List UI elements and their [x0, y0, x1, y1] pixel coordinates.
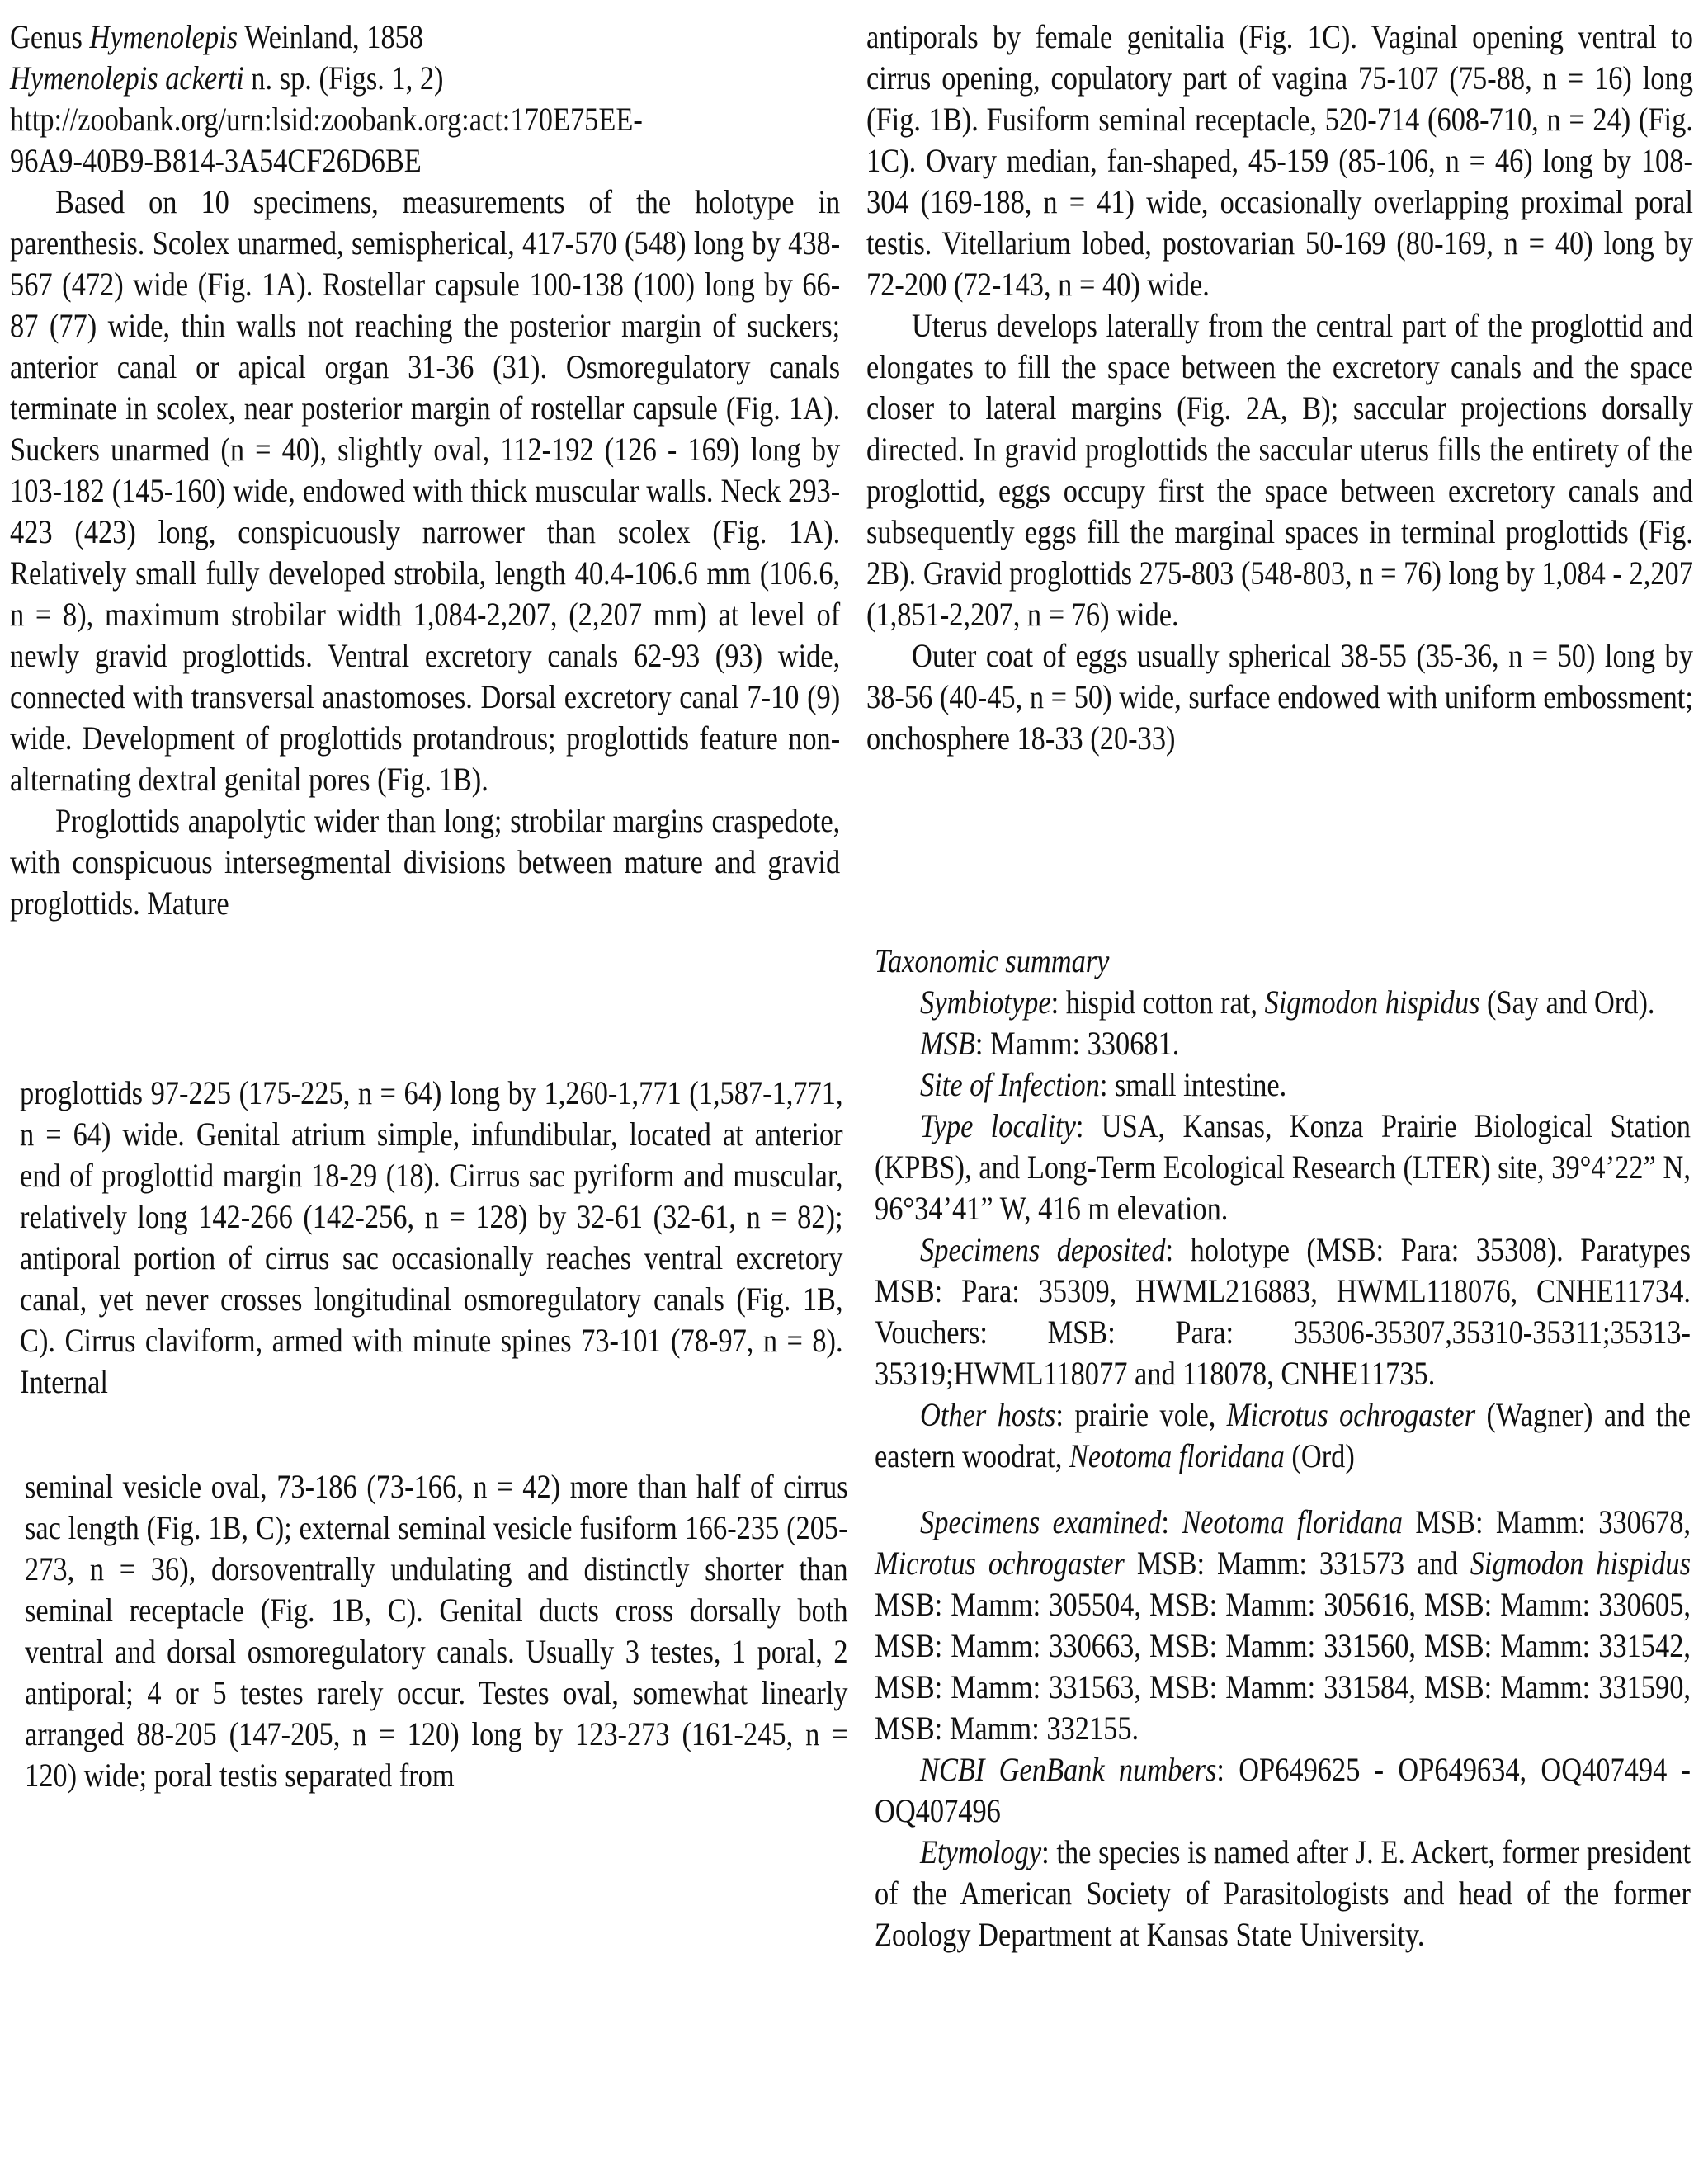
- description-paragraph-2: Proglottids anapolytic wider than long; …: [10, 800, 840, 924]
- specimens-examined-label: Specimens examined: [920, 1503, 1161, 1540]
- species-heading: Hymenolepis ackerti n. sp. (Figs. 1, 2): [10, 58, 840, 99]
- other-hosts-text-3: (Ord): [1285, 1437, 1355, 1474]
- symbiotype-text: : hispid cotton rat,: [1051, 984, 1265, 1021]
- other-hosts-entry: Other hosts: prairie vole, Microtus ochr…: [875, 1394, 1691, 1477]
- left-column-block-1: Genus Hymenolepis Weinland, 1858 Hymenol…: [10, 17, 975, 924]
- genus-author: Weinland, 1858: [238, 18, 423, 55]
- other-hosts-text: : prairie vole,: [1055, 1396, 1226, 1433]
- genus-name: Hymenolepis: [90, 18, 238, 55]
- genus-prefix: Genus: [10, 18, 90, 55]
- msb-label: MSB: [920, 1025, 975, 1062]
- symbiotype-entry: Symbiotype: hispid cotton rat, Sigmodon …: [875, 982, 1691, 1023]
- species-figs: n. sp. (Figs. 1, 2): [244, 59, 444, 97]
- genbank-label: NCBI GenBank numbers: [920, 1751, 1216, 1788]
- heading-text: Taxonomic summary: [875, 942, 1109, 979]
- uterus-paragraph: Uterus develops laterally from the centr…: [866, 305, 1693, 635]
- taxonomic-summary-heading: Taxonomic summary: [875, 941, 1691, 982]
- specimens-examined-entry: Specimens examined: Neotoma floridana MS…: [875, 1502, 1691, 1749]
- other-hosts-species-1: Microtus ochrogaster: [1227, 1396, 1475, 1433]
- specimens-examined-species-2: Microtus ochrogaster: [875, 1545, 1125, 1582]
- specimens-deposited-entry: Specimens deposited: holotype (MSB: Para…: [875, 1229, 1691, 1394]
- type-locality-label: Type locality: [920, 1107, 1076, 1144]
- specimens-examined-species-3: Sigmodon hispidus: [1470, 1545, 1691, 1582]
- site-label: Site of Infection: [920, 1066, 1100, 1103]
- right-column: antiporals by female genitalia (Fig. 1C)…: [866, 17, 1708, 759]
- specimens-examined-text-1: MSB: Mamm: 330678,: [1403, 1503, 1691, 1540]
- etymology-entry: Etymology: the species is named after J.…: [875, 1832, 1691, 1955]
- msb-entry: MSB: Mamm: 330681.: [875, 1023, 1691, 1064]
- site-entry: Site of Infection: small intestine.: [875, 1064, 1691, 1106]
- description-paragraph-4: seminal vesicle oval, 73-186 (73-166, n …: [25, 1466, 848, 1796]
- description-paragraph-1: Based on 10 specimens, measurements of t…: [10, 182, 840, 800]
- zoobank-link-line2[interactable]: 96A9-40B9-B814-3A54CF26D6BE: [10, 140, 840, 182]
- other-hosts-label: Other hosts: [920, 1396, 1055, 1433]
- species-name: Hymenolepis ackerti: [10, 59, 244, 97]
- eggs-paragraph: Outer coat of eggs usually spherical 38-…: [866, 635, 1693, 759]
- specimens-examined-text-2: MSB: Mamm: 331573 and: [1125, 1545, 1470, 1582]
- symbiotype-species: Sigmodon hispidus: [1265, 984, 1480, 1021]
- genus-heading: Genus Hymenolepis Weinland, 1858: [10, 17, 840, 58]
- left-column-block-3: seminal vesicle oval, 73-186 (73-166, n …: [25, 1466, 982, 1796]
- symbiotype-authority: (Say and Ord).: [1479, 984, 1654, 1021]
- specimens-examined-colon: :: [1161, 1503, 1182, 1540]
- other-hosts-species-2: Neotoma floridana: [1069, 1437, 1285, 1474]
- etymology-label: Etymology: [920, 1833, 1041, 1870]
- genbank-entry: NCBI GenBank numbers: OP649625 - OP64963…: [875, 1749, 1691, 1832]
- type-locality-entry: Type locality: USA, Kansas, Konza Prairi…: [875, 1106, 1691, 1229]
- taxonomic-summary: Taxonomic summary Symbiotype: hispid cot…: [875, 941, 1708, 1955]
- site-text: : small intestine.: [1100, 1066, 1286, 1103]
- description-paragraph-5: antiporals by female genitalia (Fig. 1C)…: [866, 17, 1693, 305]
- specimens-examined-species-1: Neotoma floridana: [1182, 1503, 1403, 1540]
- left-column-block-2: proglottids 97-225 (175-225, n = 64) lon…: [20, 1073, 977, 1403]
- zoobank-link-line1[interactable]: http://zoobank.org/urn:lsid:zoobank.org:…: [10, 99, 840, 140]
- symbiotype-label: Symbiotype: [920, 984, 1051, 1021]
- msb-text: : Mamm: 330681.: [975, 1025, 1179, 1062]
- specimens-examined-text-3: MSB: Mamm: 305504, MSB: Mamm: 305616, MS…: [875, 1586, 1691, 1747]
- description-paragraph-3: proglottids 97-225 (175-225, n = 64) lon…: [20, 1073, 843, 1403]
- specimens-deposited-label: Specimens deposited: [920, 1231, 1166, 1268]
